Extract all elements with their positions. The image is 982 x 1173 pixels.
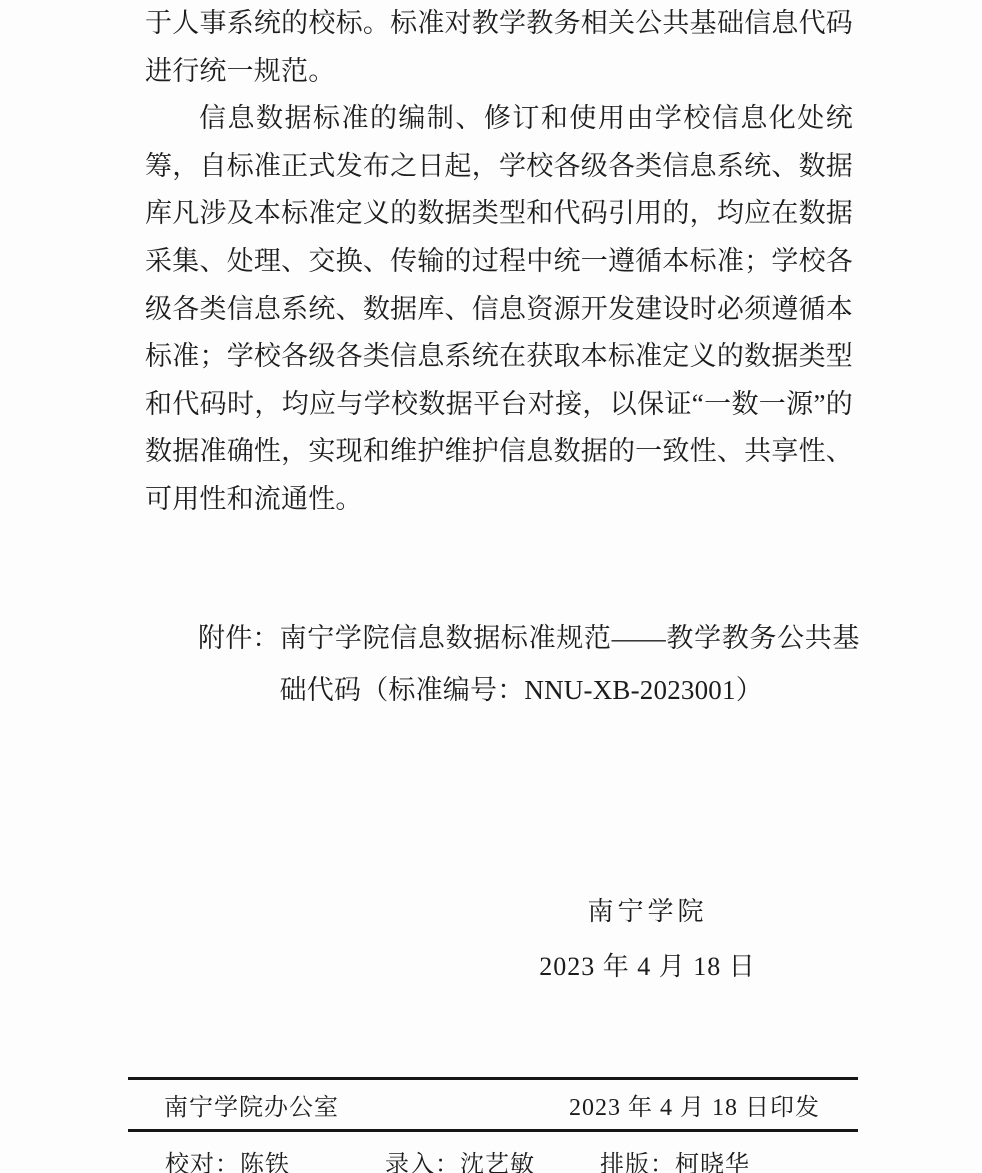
signature-block: 南宁学院 2023 年 4 月 18 日	[500, 884, 795, 994]
body-paragraph: 信息数据标准的编制、修订和使用由学校信息化处统筹，自标准正式发布之日起，学校各级…	[145, 95, 853, 523]
attachment-note: 附件： 南宁学院信息数据标准规范——教学教务公共基础代码（标准编号：NNU-XB…	[198, 612, 860, 716]
attachment-label: 附件：	[198, 612, 280, 716]
footer-office: 南宁学院办公室	[164, 1087, 339, 1122]
attachment-text: 南宁学院信息数据标准规范——教学教务公共基础代码（标准编号：NNU-XB-202…	[280, 612, 860, 716]
footer-typist: 录入：沈艺敏	[385, 1144, 600, 1173]
footer-issue-row: 南宁学院办公室 2023 年 4 月 18 日印发	[128, 1080, 858, 1132]
body-paragraph-continuation: 于人事系统的校标。标准对教学教务相关公共基础信息代码进行统一规范。	[145, 0, 853, 95]
document-footer: 南宁学院办公室 2023 年 4 月 18 日印发 校对：陈铁 录入：沈艺敏 排…	[128, 1077, 858, 1173]
footer-typesetter: 排版：柯晓华	[600, 1144, 858, 1173]
document-body: 于人事系统的校标。标准对教学教务相关公共基础信息代码进行统一规范。 信息数据标准…	[145, 0, 853, 524]
signature-org: 南宁学院	[500, 884, 795, 939]
footer-proofreader: 校对：陈铁	[165, 1144, 385, 1173]
document-page: 于人事系统的校标。标准对教学教务相关公共基础信息代码进行统一规范。 信息数据标准…	[0, 0, 982, 1173]
signature-date: 2023 年 4 月 18 日	[500, 939, 795, 994]
footer-credits-row: 校对：陈铁 录入：沈艺敏 排版：柯晓华	[128, 1132, 858, 1173]
footer-print-date: 2023 年 4 月 18 日印发	[569, 1087, 820, 1122]
